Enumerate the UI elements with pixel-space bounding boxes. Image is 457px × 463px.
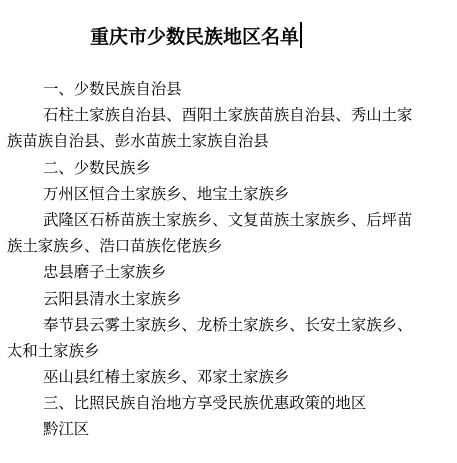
document-line[interactable]: 奉节县云雾土家族乡、龙桥土家族乡、长安土家族乡、 xyxy=(0,313,457,339)
document-line[interactable]: 云阳县清水土家族乡 xyxy=(0,287,457,313)
document-line[interactable]: 三、比照民族自治地方享受民族优惠政策的地区 xyxy=(0,391,457,417)
document-line[interactable]: 石柱土家族自治县、酉阳土家族苗族自治县、秀山土家 xyxy=(0,103,457,129)
document-body[interactable]: 一、少数民族自治县石柱土家族自治县、酉阳土家族苗族自治县、秀山土家族苗族自治县、… xyxy=(0,77,457,444)
document-line[interactable]: 族土家族乡、浩口苗族仡佬族乡 xyxy=(0,234,457,260)
title-row: 重庆市少数民族地区名单 xyxy=(90,20,302,50)
document-line[interactable]: 族苗族自治县、彭水苗族土家族自治县 xyxy=(0,129,457,155)
document-page[interactable]: 重庆市少数民族地区名单 一、少数民族自治县石柱土家族自治县、酉阳土家族苗族自治县… xyxy=(0,0,457,463)
document-title[interactable]: 重庆市少数民族地区名单 xyxy=(90,22,299,49)
document-line[interactable]: 巫山县红椿土家族乡、邓家土家族乡 xyxy=(0,365,457,391)
document-line[interactable]: 二、少数民族乡 xyxy=(0,156,457,182)
document-line[interactable]: 万州区恒合土家族乡、地宝土家族乡 xyxy=(0,182,457,208)
document-line[interactable]: 忠县磨子土家族乡 xyxy=(0,260,457,286)
document-line[interactable]: 武隆区石桥苗族土家族乡、文复苗族土家族乡、后坪苗 xyxy=(0,208,457,234)
document-line[interactable]: 一、少数民族自治县 xyxy=(0,77,457,103)
document-line[interactable]: 黔江区 xyxy=(0,417,457,443)
text-cursor-caret xyxy=(300,22,302,48)
document-line[interactable]: 太和土家族乡 xyxy=(0,339,457,365)
